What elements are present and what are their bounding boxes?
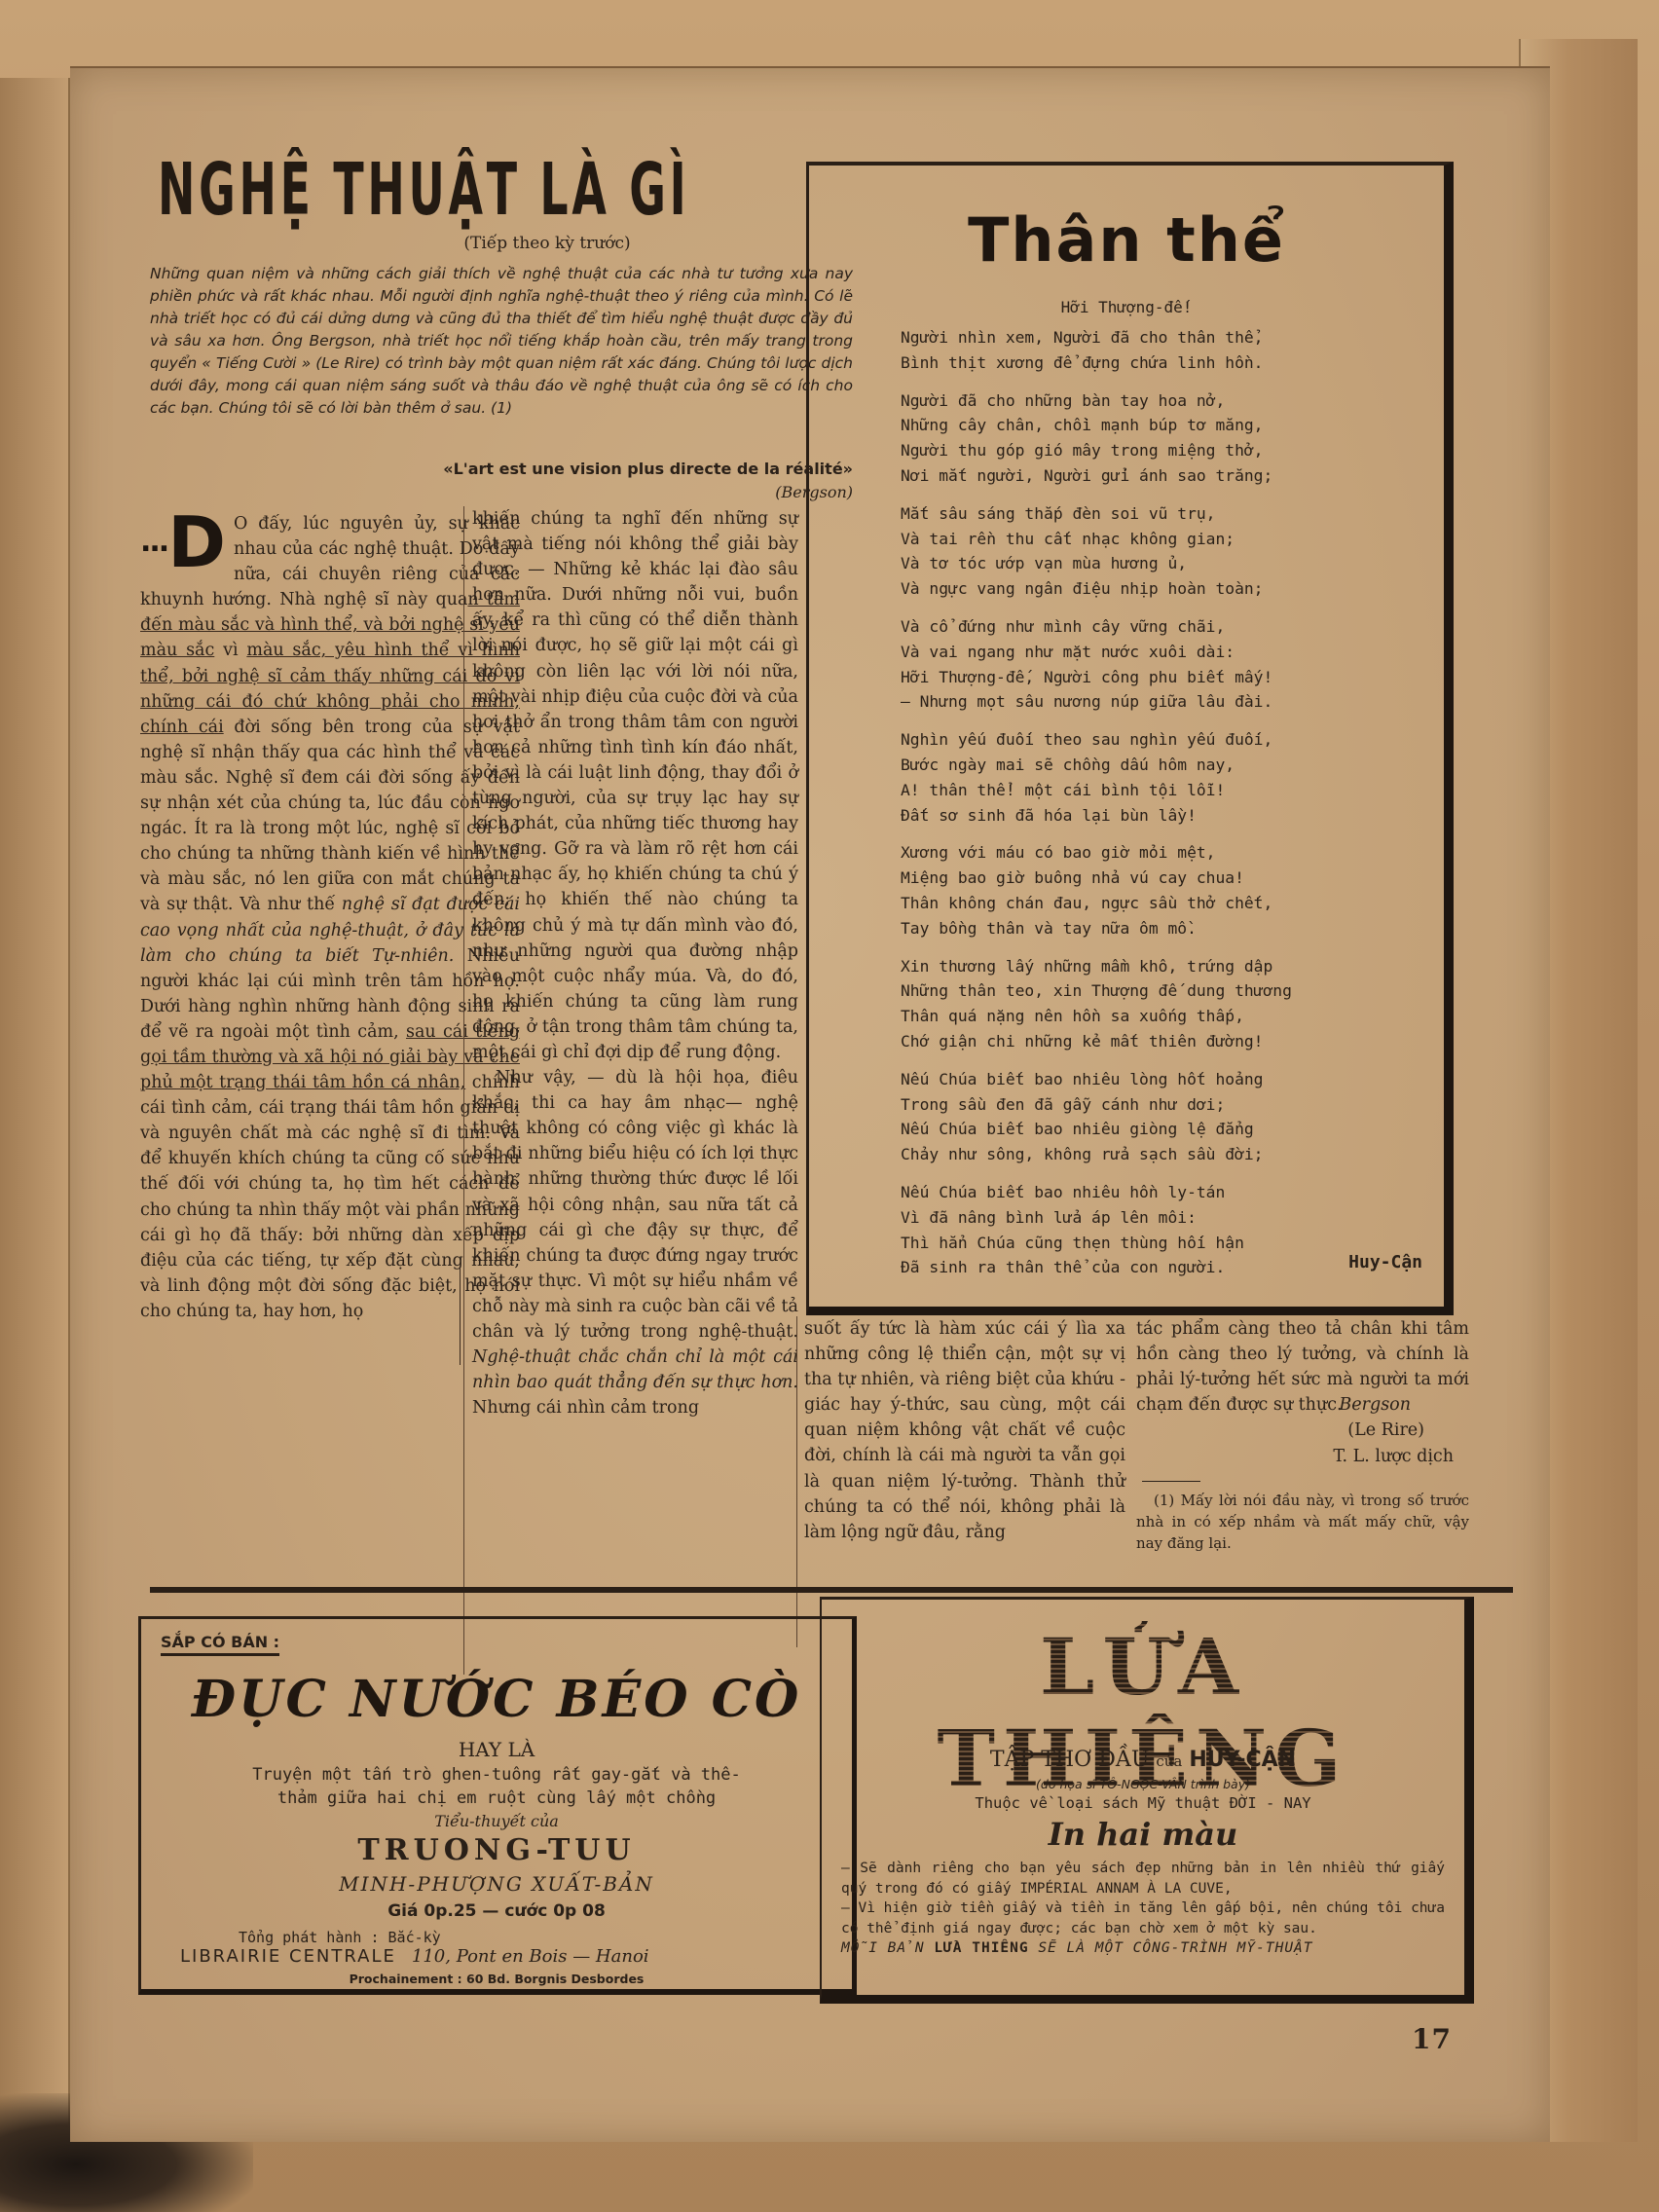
advert-body: — Sẽ dành riêng cho bạn yêu sách đẹp nhữ… — [841, 1859, 1445, 1959]
col2-paragraph-1: khiến chúng ta nghĩ đến những sự vật mà … — [472, 506, 798, 1065]
advert-author: TRUONG-TUU — [141, 1833, 852, 1867]
section-divider — [150, 1587, 1513, 1593]
poem-stanza: Người đã cho những bàn tay hoa nở,Những … — [901, 388, 1407, 489]
advert-art-credit: (do họa sĩ TÔ-NGỌC-VÂN trình bày) — [822, 1777, 1464, 1791]
book-advert-lua-thieng: LỬA THIÊNG TẬP THƠ ĐẦU của HUY-CẬN (do h… — [820, 1597, 1474, 2004]
poem-title: Thân thể — [809, 204, 1444, 276]
shop-name: LIBRAIRIE CENTRALE — [180, 1946, 396, 1967]
article-column-2: khiến chúng ta nghĩ đến những sự vật mà … — [472, 506, 798, 1420]
poem-stanza: Xương với máu có bao giờ mỏi mệt,Miệng b… — [901, 840, 1407, 940]
advert-or: HAY LÀ — [141, 1738, 852, 1761]
poem-body: Người nhìn xem, Người đã cho thân thể,Bì… — [901, 325, 1407, 1293]
advert-new-address: Prochainement : 60 Bd. Borgnis Desbordes — [141, 1972, 852, 1986]
advert-description: Truyện một tấn trò ghen-tuông rất gay-gắ… — [219, 1763, 774, 1810]
previous-page-edge — [0, 78, 70, 2171]
advert-series: Thuộc về loại sách Mỹ thuật ĐỜI - NAY — [822, 1794, 1464, 1812]
poem-stanza: Nghìn yếu đuối theo sau nghìn yếu đuối,B… — [901, 727, 1407, 828]
poem-stanza: Người nhìn xem, Người đã cho thân thể,Bì… — [901, 325, 1407, 376]
advert-price: Giá 0p.25 — cước 0p 08 — [141, 1901, 852, 1921]
shop-address: 110, Pont en Bois — Hanoi — [412, 1946, 649, 1967]
col2-paragraph-2: Như vậy, — dù là hội họa, điêu khắc, thi… — [472, 1065, 798, 1420]
drop-cap: ...D — [140, 513, 226, 571]
page-number: 17 — [1412, 2023, 1452, 2055]
advert-publisher: MINH-PHƯỢNG XUẤT-BẢN — [141, 1872, 852, 1896]
advert-print-note: In hai màu — [822, 1816, 1464, 1853]
magazine-page: NGHỆ THUẬT LÀ GÌ (Tiếp theo kỳ trước) Nh… — [70, 66, 1550, 2142]
footnote: (1) Mấy lời nói đầu này, vì trong số trư… — [1136, 1490, 1469, 1554]
article-column-3: suốt ấy tức là hàm xúc cái ý lìa xa nhữn… — [804, 1316, 1125, 1545]
poem-intro: Hỡi Thượng-đế! — [809, 298, 1444, 316]
book-advert-duc-nuoc-beo-co: SẮP CÓ BÁN : ĐỤC NƯỚC BÉO CÒ HAY LÀ Truy… — [138, 1616, 857, 1995]
column-divider — [463, 506, 464, 1675]
poem-stanza: Mắt sâu sáng thắp đèn soi vũ trụ,Và tai … — [901, 501, 1407, 602]
article-column-4: tác phẩm càng theo tả chân khi tâm hồn c… — [1136, 1316, 1469, 1554]
advert-label: SẮP CÓ BÁN : — [161, 1633, 279, 1656]
article-intro: Những quan niệm và những cách giải thích… — [150, 263, 853, 420]
signature-work: (Le Rire) — [1136, 1418, 1469, 1443]
poem-stanza: Và cổ đứng như mình cây vững chãi,Và vai… — [901, 614, 1407, 715]
signature-translator: T. L. lược dịch — [1136, 1444, 1469, 1469]
advert-novel-by: Tiểu-thuyết của — [141, 1812, 852, 1830]
poem-box: Thân thể Hỡi Thượng-đế! Người nhìn xem, … — [806, 162, 1454, 1315]
advert-closing: MỖI BẢN LỬA THIÊNG SẼ LÀ MỘT CÔNG-TRÌNH … — [841, 1938, 1445, 1959]
pencil-margin-mark — [460, 1268, 461, 1365]
article-subtitle: (Tiếp theo kỳ trước) — [352, 234, 742, 253]
poem-author: Huy-Cận — [1179, 1252, 1422, 1272]
poem-stanza: Nếu Chúa biết bao nhiêu lòng hốt hoảngTr… — [901, 1067, 1407, 1167]
poem-stanza: Xin thương lấy những mầm khô, trứng dậpN… — [901, 954, 1407, 1054]
footnote-rule — [1142, 1481, 1200, 1482]
article-epigraph: «L'art est une vision plus directe de la… — [391, 460, 853, 478]
advert-shop: LIBRAIRIE CENTRALE110, Pont en Bois — Ha… — [180, 1946, 823, 1967]
advert-subtitle: TẬP THƠ ĐẦU của HUY-CẬN — [822, 1748, 1464, 1772]
advert-title: ĐỤC NƯỚC BÉO CÒ — [141, 1670, 852, 1729]
column-divider — [796, 1316, 797, 1647]
advert-distributor: Tổng phát hành : Bắc-kỳ — [239, 1929, 441, 1946]
article-title: NGHỆ THUẬT LÀ GÌ — [158, 148, 592, 232]
